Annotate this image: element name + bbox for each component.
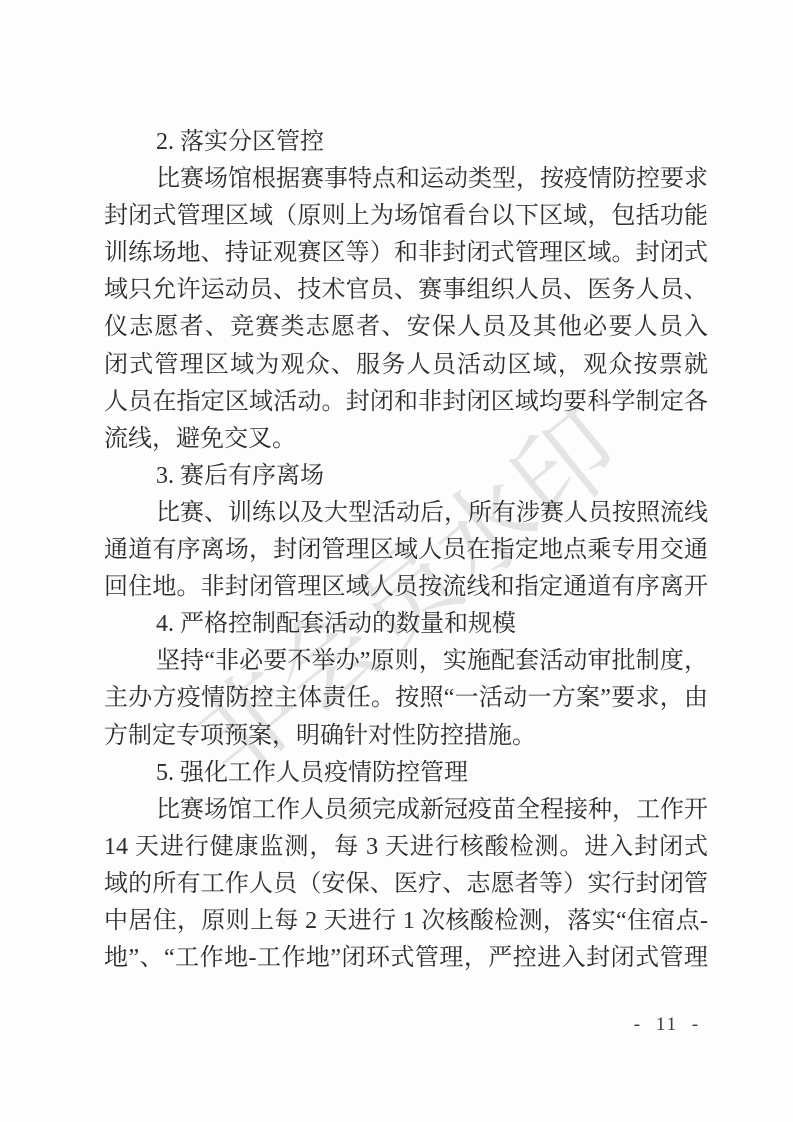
text-line: 14 天进行健康监测，每 3 天进行核酸检测。进入封闭式管理区 <box>104 829 708 866</box>
text-line: 通道有序离场，封闭管理区域人员在指定地点乘专用交通工具返 <box>104 532 708 569</box>
text-line: 人员在指定区域活动。封闭和非封闭区域均要科学制定各类人员 <box>104 384 708 421</box>
text-line: 域的所有工作人员（安保、医疗、志愿者等）实行封闭管理，集 <box>104 866 708 903</box>
text-line: 仪志愿者、竞赛类志愿者、安保人员及其他必要人员入内。非封 <box>104 309 708 346</box>
text-line: 回住地。非封闭管理区域人员按流线和指定通道有序离开场馆。 <box>104 569 708 606</box>
page-number: - 11 - <box>612 1014 722 1036</box>
text-line: 比赛、训练以及大型活动后，所有涉赛人员按照流线和指定 <box>104 495 708 532</box>
text-line: 流线，避免交叉。 <box>104 421 708 458</box>
document-page: 非会员水印 2. 落实分区管控比赛场馆根据赛事特点和运动类型，按疫情防控要求划分… <box>0 0 793 1122</box>
text-line: 比赛场馆工作人员须完成新冠疫苗全程接种，工作开始前 <box>104 792 708 829</box>
text-line: 封闭式管理区域（原则上为场馆看台以下区域，包括功能用房、 <box>104 198 708 235</box>
text-line: 比赛场馆根据赛事特点和运动类型，按疫情防控要求划分为 <box>104 161 708 198</box>
document-body: 2. 落实分区管控比赛场馆根据赛事特点和运动类型，按疫情防控要求划分为封闭式管理… <box>104 124 708 977</box>
text-line: 域只允许运动员、技术官员、赛事组织人员、医务人员、颁奖礼 <box>104 272 708 309</box>
text-line: 闭式管理区域为观众、服务人员活动区域，观众按票就坐，服务 <box>104 347 708 384</box>
section-heading: 2. 落实分区管控 <box>104 124 708 161</box>
text-line: 地”、“工作地-工作地”闭环式管理，严控进入封闭式管理区 <box>104 940 708 977</box>
section-heading: 4. 严格控制配套活动的数量和规模 <box>104 606 708 643</box>
text-line: 方制定专项预案，明确针对性防控措施。 <box>104 718 708 755</box>
text-line: 坚持“非必要不举办”原则，实施配套活动审批制度，落实 <box>104 643 708 680</box>
text-line: 主办方疫情防控主体责任。按照“一活动一方案”要求，由主办 <box>104 680 708 717</box>
section-heading: 3. 赛后有序离场 <box>104 458 708 495</box>
text-line: 训练场地、持证观赛区等）和非封闭式管理区域。封闭式管理区 <box>104 235 708 272</box>
section-heading: 5. 强化工作人员疫情防控管理 <box>104 755 708 792</box>
text-line: 中居住，原则上每 2 天进行 1 次核酸检测，落实“住宿点-工作 <box>104 903 708 940</box>
